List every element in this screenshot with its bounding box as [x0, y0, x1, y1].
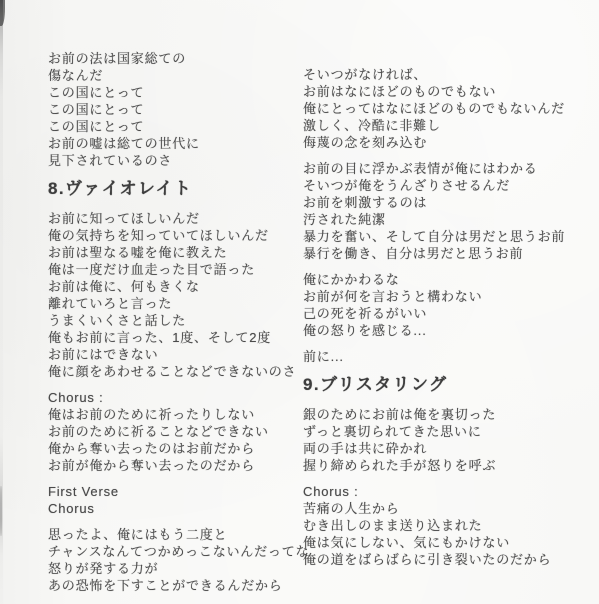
lyric-block: Chorus :俺はお前のために祈ったりしないお前のために祈ることなどできない俺…: [48, 389, 300, 474]
lyric-block: First VerseChorus: [48, 483, 300, 517]
lyric-line: この国にとって: [48, 84, 300, 101]
lyric-line: お前が何を言おうと構わない: [303, 288, 593, 305]
lyric-line: お前は俺に、何もきくな: [48, 278, 300, 295]
lyric-line: 前に...: [303, 348, 593, 365]
lyric-line: お前を刺激するのは: [303, 194, 593, 211]
lyric-line: Chorus :: [303, 483, 593, 500]
lyric-line: お前の法は国家総ての: [48, 50, 300, 67]
lyric-line: この国にとって: [48, 118, 300, 135]
lyric-line: お前が俺から奪い去ったのだから: [48, 457, 300, 474]
lyric-line: 俺にとってはなにほどのものでもないんだ: [303, 100, 593, 117]
lyric-line: 見下されているのさ: [48, 152, 300, 169]
lyric-line: Chorus: [48, 500, 300, 517]
lyric-line: うまくいくさと話した: [48, 312, 300, 329]
lyric-line: お前にはできない: [48, 346, 300, 363]
lyric-block: お前の法は国家総ての傷なんだこの国にとってこの国にとってこの国にとってお前の嘘は…: [48, 50, 300, 169]
track-title: 8.ヴァイオレイト: [48, 178, 300, 200]
lyric-line: 汚された純潔: [303, 211, 593, 228]
lyric-line: 離れていろと言った: [48, 295, 300, 312]
lyric-line: 傷なんだ: [48, 67, 300, 84]
lyric-block: Chorus :苦痛の人生からむき出しのまま送り込まれた俺は気にしない、気にもか…: [303, 483, 593, 568]
lyric-line: 思ったよ、俺にはもう二度と: [48, 526, 300, 543]
track-title: 9.ブリスタリング: [303, 374, 593, 396]
track-title-block: 8.ヴァイオレイト: [48, 178, 300, 200]
lyric-line: 俺の気持ちを知っていてほしいんだ: [48, 227, 300, 244]
lyric-line: 侮蔑の念を刻み込む: [303, 134, 593, 151]
lyric-block: お前に知ってほしいんだ俺の気持ちを知っていてほしいんだお前は聖なる嘘を俺に教えた…: [48, 210, 300, 380]
lyric-line: そいつがなければ、: [303, 66, 593, 83]
lyric-block: 俺にかかわるなお前が何を言おうと構わない己の死を祈るがいい俺の怒りを感じる...: [303, 271, 593, 339]
lyric-line: 俺もお前に言った、1度、そして2度: [48, 329, 300, 346]
lyric-line: そいつが俺をうんざりさせるんだ: [303, 177, 593, 194]
lyric-line: あの恐怖を下すことができるんだから: [48, 577, 300, 594]
booklet-page: お前の法は国家総ての傷なんだこの国にとってこの国にとってこの国にとってお前の嘘は…: [0, 0, 599, 604]
lyric-line: 握り締められた手が怒りを呼ぶ: [303, 457, 593, 474]
lyric-line: お前は聖なる嘘を俺に教えた: [48, 244, 300, 261]
lyric-line: 暴力を奮い、そして自分は男だと思うお前: [303, 228, 593, 245]
lyric-line: ずっと裏切られてきた思いに: [303, 423, 593, 440]
lyric-line: チャンスなんてつかめっこないんだってな: [48, 543, 300, 560]
track-title-block: 9.ブリスタリング: [303, 374, 593, 396]
lyric-line: お前はなにほどのものでもない: [303, 83, 593, 100]
lyric-line: 俺の怒りを感じる...: [303, 322, 593, 339]
lyric-line: 怒りが発する力が: [48, 560, 300, 577]
scan-mark-bottom-left: [0, 486, 2, 536]
lyric-line: お前のために祈ることなどできない: [48, 423, 300, 440]
lyric-line: お前に知ってほしいんだ: [48, 210, 300, 227]
lyric-line: 俺は気にしない、気にもかけない: [303, 534, 593, 551]
lyric-block: 銀のためにお前は俺を裏切ったずっと裏切られてきた思いに両の手は共に砕かれ握り締め…: [303, 406, 593, 474]
scan-edge-left: [0, 0, 3, 604]
lyric-line: 俺は一度だけ血走った目で語った: [48, 261, 300, 278]
lyric-block: お前の目に浮かぶ表情が俺にはわかるそいつが俺をうんざりさせるんだお前を刺激するの…: [303, 160, 593, 262]
lyric-line: むき出しのまま送り込まれた: [303, 517, 593, 534]
lyric-block: 前に...: [303, 348, 593, 365]
lyric-line: 暴行を働き、自分は男だと思うお前: [303, 245, 593, 262]
lyric-line: 銀のためにお前は俺を裏切った: [303, 406, 593, 423]
lyric-line: 俺に顔をあわせることなどできないのさ: [48, 363, 300, 380]
lyric-line: お前の嘘は総ての世代に: [48, 135, 300, 152]
lyric-line: Chorus :: [48, 389, 300, 406]
lyric-line: 俺の道をばらばらに引き裂いたのだから: [303, 551, 593, 568]
lyric-block: 思ったよ、俺にはもう二度とチャンスなんてつかめっこないんだってな怒りが発する力が…: [48, 526, 300, 594]
lyric-line: 激しく、冷酷に非難し: [303, 117, 593, 134]
lyric-line: この国にとって: [48, 101, 300, 118]
lyric-line: 俺はお前のために祈ったりしない: [48, 406, 300, 423]
lyric-line: 俺から奪い去ったのはお前だから: [48, 440, 300, 457]
lyric-block: そいつがなければ、お前はなにほどのものでもない俺にとってはなにほどのものでもない…: [303, 66, 593, 151]
lyrics-column-left: お前の法は国家総ての傷なんだこの国にとってこの国にとってこの国にとってお前の嘘は…: [48, 50, 300, 594]
lyric-line: 苦痛の人生から: [303, 500, 593, 517]
lyric-line: 己の死を祈るがいい: [303, 305, 593, 322]
scan-smudge-top-left: [0, 0, 5, 26]
lyric-line: 両の手は共に砕かれ: [303, 440, 593, 457]
lyric-line: お前の目に浮かぶ表情が俺にはわかる: [303, 160, 593, 177]
lyric-line: 俺にかかわるな: [303, 271, 593, 288]
lyrics-column-right: そいつがなければ、お前はなにほどのものでもない俺にとってはなにほどのものでもない…: [303, 66, 593, 568]
lyric-line: First Verse: [48, 483, 300, 500]
